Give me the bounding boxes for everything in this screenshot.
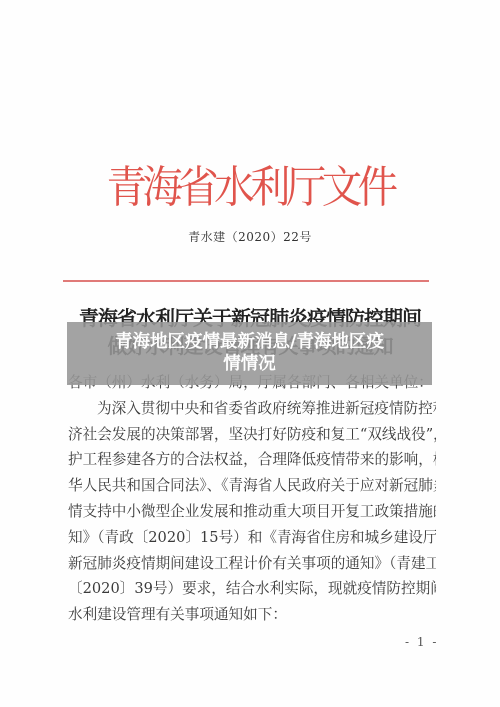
- document-page: 青海省水利厅文件 青水建（2020）22号 青海省水利厅关于新冠肺炎疫情防控期间…: [0, 0, 500, 707]
- body-line: 护工程参建各方的合法权益，合理降低疫情带来的影响，根据《中: [68, 447, 436, 473]
- headline-line-2: 情情况: [67, 353, 432, 375]
- issuer-header: 青海省水利厅文件: [105, 160, 396, 216]
- body-line: 新冠肺炎疫情期间建设工程计价有关事项的通知》（青建工: [68, 551, 436, 577]
- body-line: 济社会发展的决策部署，坚决打好防疫和复工“双线战役”，维: [68, 422, 436, 448]
- headline-line-1: 青海地区疫情最新消息/青海地区疫: [67, 331, 432, 353]
- body-line: 水利建设管理有关事项通知如下：: [68, 602, 436, 628]
- header-divider: [63, 280, 429, 282]
- document-number: 青水建（2020）22号: [0, 228, 500, 245]
- body-line: 〔2020〕39号）要求，结合水利实际，现就疫情防控期间做好: [68, 576, 436, 602]
- page-number: - 1 -: [405, 635, 438, 649]
- document-body: 各市（州）水利（水务）局，厅属各部门、各相关单位： 为深入贯彻中央和省委省政府统…: [68, 370, 436, 628]
- body-line: 情支持中小微型企业发展和推动重大项目开复工政策措施的通: [68, 499, 436, 525]
- body-line: 知》（青政〔2020〕15号）和《青海省住房和城乡建设厅关于: [68, 525, 436, 551]
- headline-banner-text: 青海地区疫情最新消息/青海地区疫 情情况: [67, 322, 432, 385]
- body-line: 为深入贯彻中央和省委省政府统筹推进新冠疫情防控和经: [68, 396, 436, 422]
- body-line: 华人民共和国合同法》、《青海省人民政府关于应对新冠肺炎疫: [68, 473, 436, 499]
